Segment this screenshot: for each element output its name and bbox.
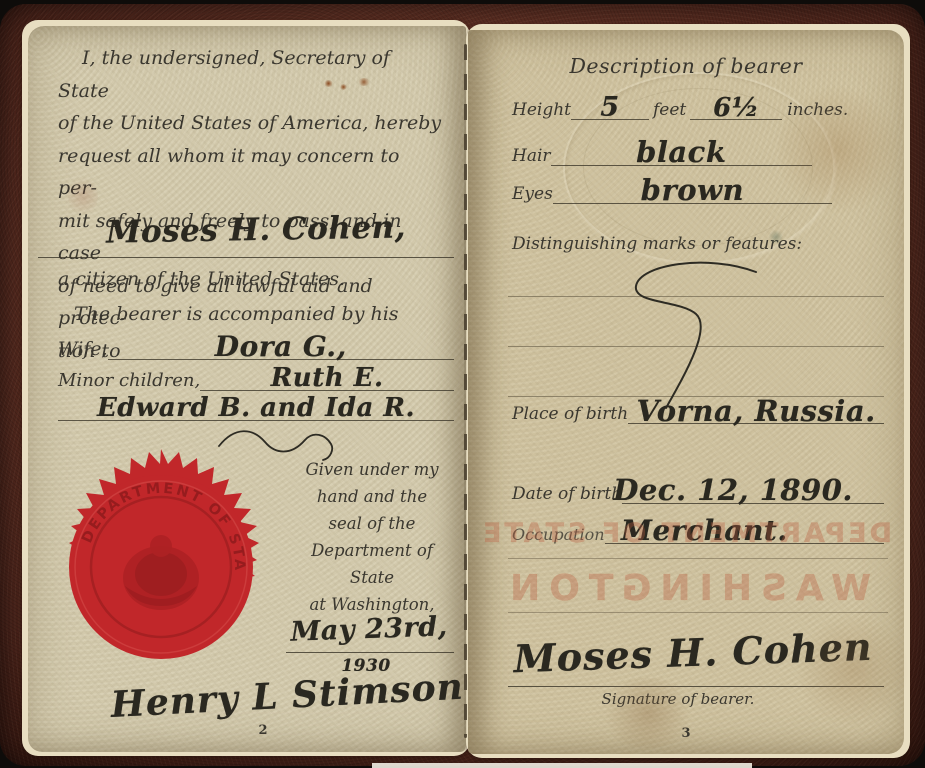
- children-line2: Edward B. and Ida R.: [58, 419, 454, 421]
- eyes-line: brown: [553, 202, 832, 204]
- left-page: I, the undersigned, Secretary of State o…: [28, 26, 466, 752]
- wife-label: Wife,: [58, 338, 108, 360]
- place-row: Place of birth Vorna, Russia.: [512, 382, 884, 424]
- height-feet-line: 5: [571, 118, 649, 120]
- inches-label: inches.: [782, 100, 848, 120]
- hair-value-handwriting: black: [551, 135, 812, 169]
- oath-line: request all whom it may concern to per-: [58, 140, 444, 205]
- citizen-line: a citizen of the United States.: [58, 268, 345, 290]
- scan-edge: [372, 763, 752, 768]
- height-row: Height 5 feet 6½ inches.: [512, 86, 862, 120]
- place-label: Place of birth: [512, 404, 628, 424]
- hair-line: black: [551, 164, 812, 166]
- issued-block: Given under my hand and the seal of the …: [286, 456, 458, 618]
- hair-label: Hair: [512, 146, 551, 166]
- children-name2-handwriting: Edward B. and Ida R.: [58, 393, 454, 423]
- dob-row: Date of birth Dec. 12, 1890.: [512, 462, 884, 504]
- feet-label: feet: [649, 100, 690, 120]
- accompanied-line: The bearer is accompanied by his: [74, 303, 399, 325]
- bearer-signature: Moses H. Cohen: [497, 623, 888, 682]
- issued-line: Given under my: [286, 456, 458, 483]
- extra-rule-1: [508, 558, 888, 559]
- dob-value-handwriting: Dec. 12, 1890.: [582, 473, 884, 507]
- right-page: Description of bearer Height 5 feet 6½ i…: [468, 30, 904, 754]
- issue-date-rule: [286, 652, 454, 653]
- signature-caption: Signature of bearer.: [508, 690, 848, 708]
- bleed-stamp-line2: WASHINGTON: [468, 568, 904, 609]
- height-feet-handwriting: 5: [571, 92, 649, 123]
- eyes-label: Eyes: [512, 184, 553, 204]
- right-page-number: 3: [468, 726, 904, 741]
- issued-line: State: [286, 564, 458, 591]
- height-inches-line: 6½: [690, 118, 782, 120]
- children-label: Minor children,: [58, 370, 200, 391]
- children-row: Minor children, Ruth E.: [58, 359, 454, 391]
- dob-line: Dec. 12, 1890.: [622, 502, 884, 504]
- oath-line: I, the undersigned, Secretary of State: [58, 42, 444, 107]
- issued-line: hand and the: [286, 483, 458, 510]
- issue-date-handwriting: May 23rd,: [280, 611, 459, 648]
- children-row2: Edward B. and Ida R.: [58, 389, 454, 421]
- issued-line: seal of the: [286, 510, 458, 537]
- bearer-name-rule: [38, 257, 454, 258]
- bleed-stamp-line1: DEPARTMENT OF STATE: [468, 518, 904, 549]
- page-title: Description of bearer: [468, 54, 904, 78]
- extra-rule-2: [508, 612, 888, 613]
- bearer-signature-rule: [508, 686, 884, 687]
- eyes-row: Eyes brown: [512, 168, 832, 204]
- hair-row: Hair black: [512, 130, 812, 166]
- height-inches-handwriting: 6½: [690, 93, 782, 123]
- binding-stitches: [464, 44, 467, 738]
- marks-label: Distinguishing marks or features:: [512, 234, 802, 254]
- eyes-value-handwriting: brown: [553, 173, 832, 207]
- bearer-name-handwriting: Moses H. Cohen,: [58, 209, 455, 252]
- place-line: Vorna, Russia.: [628, 422, 884, 424]
- place-value-handwriting: Vorna, Russia.: [628, 394, 884, 428]
- left-page-number: 2: [28, 723, 498, 738]
- oath-line: of the United States of America, hereby: [58, 107, 444, 140]
- issued-line: Department of: [286, 537, 458, 564]
- wife-row: Wife, Dora G.,: [58, 326, 454, 360]
- state-department-seal: DEPARTMENT OF STATE: [40, 446, 282, 688]
- height-label: Height: [512, 100, 571, 120]
